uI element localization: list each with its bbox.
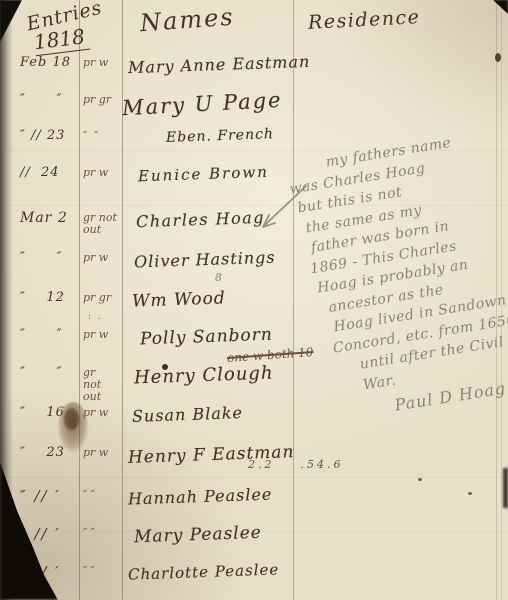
entry-date: ″ ″ bbox=[20, 250, 78, 265]
entry-name: Charlotte Peaslee bbox=[128, 560, 280, 583]
table-row: ″ // 23 ″ ″ Eben. French bbox=[0, 128, 300, 162]
entry-date: // 24 bbox=[20, 165, 78, 180]
entry-name: Polly Sanborn bbox=[140, 325, 273, 350]
register-page: Entries 1818 Names Residence Feb 18 pr w… bbox=[0, 0, 508, 600]
table-row: ″ // ′ ″ ″ Hannah Peaslee bbox=[0, 487, 300, 521]
entry-name: Oliver Hastings bbox=[134, 248, 276, 272]
ink-speck bbox=[418, 478, 422, 481]
entry-code: pr w bbox=[83, 407, 123, 419]
entry-date: Feb 18 bbox=[20, 55, 78, 70]
entry-code: gr not out bbox=[83, 212, 123, 236]
entry-code: pr gr bbox=[83, 94, 123, 106]
table-row: ″ ″ pr w Oliver Hastings bbox=[0, 250, 300, 284]
entry-name: Henry Clough bbox=[134, 363, 274, 389]
entry-code: pr w bbox=[83, 447, 123, 459]
entry-code: ″ ″ bbox=[83, 130, 123, 142]
entry-date: Mar 2 bbox=[20, 210, 78, 226]
header-year: 1818 bbox=[33, 24, 91, 56]
entry-code: gr not out bbox=[83, 367, 123, 403]
entry-name: Mary Anne Eastman bbox=[128, 52, 311, 77]
table-row: ″ 12 pr gr Wm Wood bbox=[0, 290, 300, 324]
entry-name: Hannah Peaslee bbox=[128, 484, 273, 508]
dark-edge-right bbox=[503, 468, 508, 508]
header-residence-label: Residence bbox=[308, 6, 421, 34]
entry-date: ″ ″ bbox=[20, 92, 78, 107]
entry-name: Mary U Page bbox=[121, 88, 283, 120]
entry-code: pr w bbox=[83, 57, 123, 69]
paper-stain-core bbox=[64, 408, 79, 430]
entry-code: pr w bbox=[83, 167, 123, 179]
entry-name: Charles Hoag bbox=[136, 208, 266, 231]
ink-speck bbox=[468, 492, 472, 495]
entry-date: ″ ″ bbox=[20, 365, 78, 380]
table-row: ″ // ′ ″ ″ Mary Peaslee bbox=[0, 525, 300, 559]
arrow-icon bbox=[248, 182, 312, 238]
entry-code: pr w bbox=[83, 252, 123, 264]
header-names-label: Names bbox=[139, 3, 235, 38]
entry-name: Susan Blake bbox=[132, 403, 244, 426]
entry-code: ″ ″ bbox=[83, 489, 123, 501]
entry-date: ″ // 23 bbox=[20, 128, 78, 143]
table-row: ″ ″ gr not out Henry Clough bbox=[0, 365, 300, 399]
table-row: Feb 18 pr w Mary Anne Eastman bbox=[0, 55, 300, 89]
table-row: ″ 16 pr w Susan Blake bbox=[0, 405, 300, 439]
entry-name: Eben. French bbox=[166, 126, 274, 146]
ink-dot bbox=[162, 364, 168, 370]
table-row: ″ ″ pr gr Mary U Page bbox=[0, 92, 300, 126]
eastman-sub-note: 2.2 .54.6 bbox=[248, 458, 343, 471]
hastings-pencil-mark: 8 bbox=[215, 271, 222, 284]
entry-date: ″ ″ bbox=[20, 327, 78, 342]
entry-name: Mary Peaslee bbox=[134, 523, 262, 547]
page-edge-pin bbox=[495, 53, 501, 62]
entry-code: ″ ″ bbox=[83, 527, 123, 539]
entry-date: ″ 12 bbox=[20, 290, 78, 305]
entry-code: ″ ″ bbox=[83, 565, 123, 577]
entry-date: ″ // ′ bbox=[20, 487, 78, 505]
entry-name: Wm Wood bbox=[132, 288, 226, 311]
pencil-annotation: my fathers name was Charles Hoag but thi… bbox=[285, 126, 508, 426]
entry-code: pr gr bbox=[83, 292, 123, 304]
wood-ink-mark: : . bbox=[88, 312, 103, 322]
entry-code: pr w bbox=[83, 329, 123, 341]
